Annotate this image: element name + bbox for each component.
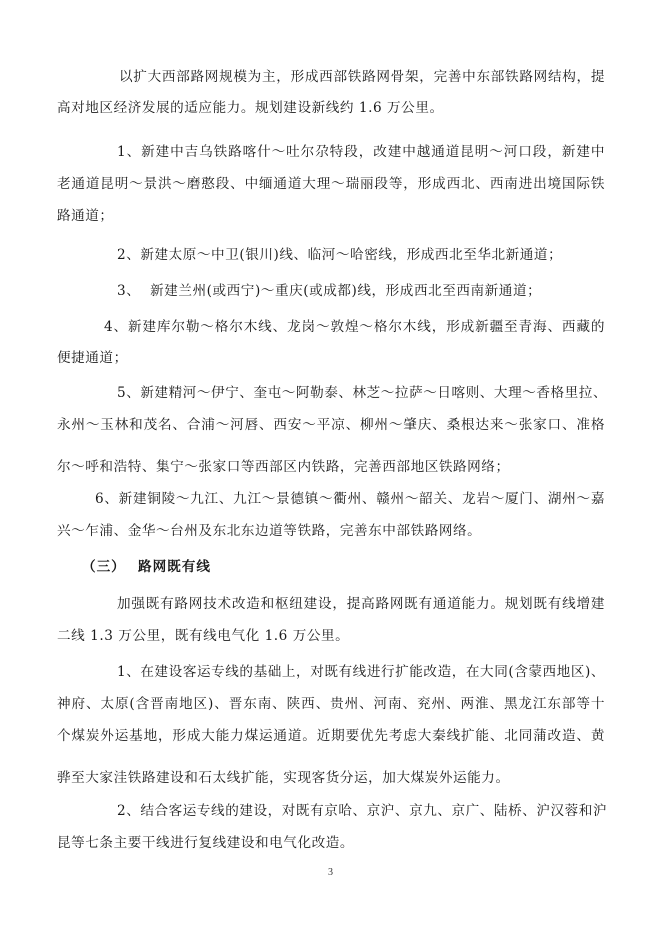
paragraph-line: 以扩大西部路网规模为主，形成西部铁路网骨架，完善中东部铁路网结构，提 xyxy=(119,68,605,86)
list-item-line: 永州～玉林和茂名、合浦～河唇、西安～平凉、柳州～肇庆、桑根达来～张家口、准格 xyxy=(57,416,605,434)
list-item-line: 昆等七条主要干线进行复线建设和电气化改造。 xyxy=(57,834,605,852)
list-item-line: 1、在建设客运专线的基础上，对既有线进行扩能改造，在大同(含蒙西地区)、 xyxy=(117,663,605,681)
paragraph-line: 高对地区经济发展的适应能力。规划建设新线约 1.6 万公里。 xyxy=(57,99,605,117)
document-page: 以扩大西部路网规模为主，形成西部铁路网骨架，完善中东部铁路网结构，提 高对地区经… xyxy=(0,0,661,935)
page-number: 3 xyxy=(0,867,661,878)
list-item-line: 老通道昆明～景洪～磨憨段、中缅通道大理～瑞丽段等，形成西北、西南进出境国际铁 xyxy=(57,175,605,193)
list-item-line: 2、新建太原～中卫(银川)线、临河～哈密线，形成西北至华北新通道； xyxy=(117,246,661,264)
list-item-line: 3、 新建兰州(或西宁)～重庆(或成都)线，形成西北至西南新通道； xyxy=(117,282,661,300)
list-item-line: 路通道； xyxy=(57,207,605,225)
list-item-line: 个煤炭外运基地，形成大能力煤运通道。近期要优先考虑大秦线扩能、北同蒲改造、黄 xyxy=(57,727,605,745)
paragraph-line: 加强既有路网技术改造和枢纽建设，提高路网既有通道能力。规划既有线增建 xyxy=(117,595,605,613)
paragraph-line: 二线 1.3 万公里，既有线电气化 1.6 万公里。 xyxy=(57,627,605,645)
list-item-line: 神府、太原(含晋南地区)、晋东南、陕西、贵州、河南、兖州、两淮、黑龙江东部等十 xyxy=(57,695,605,713)
section-number: （三） xyxy=(82,558,138,576)
list-item-line: 便捷通道； xyxy=(57,349,605,367)
list-item-line: 尔～呼和浩特、集宁～张家口等西部区内铁路，完善西部地区铁路网络； xyxy=(57,458,605,476)
list-item-line: 兴～乍浦、金华～台州及东北东边道等铁路，完善东中部铁路网络。 xyxy=(57,522,605,540)
list-item-line: 2、结合客运专线的建设，对既有京哈、京沪、京九、京广、陆桥、沪汉蓉和沪 xyxy=(117,802,605,820)
list-item-line: 骅至大家洼铁路建设和石太线扩能，实现客货分运，加大煤炭外运能力。 xyxy=(57,769,605,787)
list-item-line: 5、新建精河～伊宁、奎屯～阿勒泰、林芝～拉萨～日喀则、大理～香格里拉、 xyxy=(117,384,605,402)
list-item-line: 6、新建铜陵～九江、九江～景德镇～衢州、赣州～韶关、龙岩～厦门、湖州～嘉 xyxy=(95,490,605,508)
list-item-line: 4、新建库尔勒～格尔木线、龙岗～敦煌～格尔木线，形成新疆至青海、西藏的 xyxy=(104,318,605,336)
section-title: 路网既有线 xyxy=(138,559,211,575)
section-heading: （三）路网既有线 xyxy=(82,558,630,576)
list-item-line: 1、新建中吉乌铁路喀什～吐尔尕特段，改建中越通道昆明～河口段，新建中 xyxy=(117,143,605,161)
